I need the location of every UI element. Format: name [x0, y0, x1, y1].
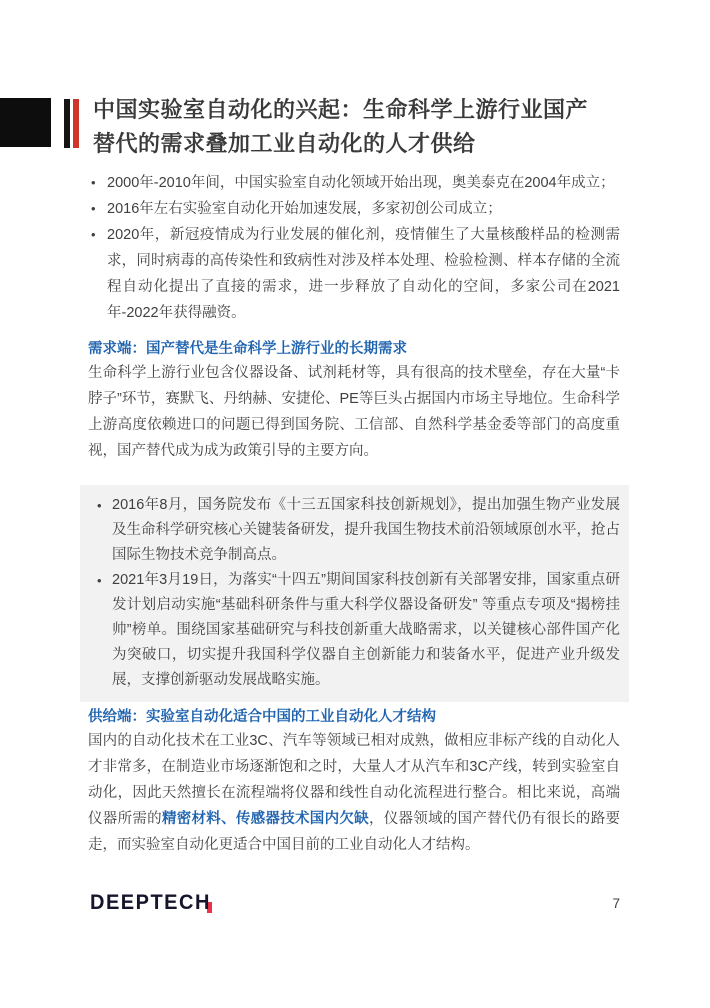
list-item: • 2021年3月19日，为落实“十四五”期间国家科技创新有关部署安排，国家重点…: [95, 568, 620, 693]
supply-highlight-text: 精密材料、传感器技术国内欠缺: [162, 811, 369, 827]
list-item-text: 2016年8月，国务院发布《十三五国家科技创新规划》，提出加强生物产业发展及生命…: [112, 497, 620, 563]
bullet-icon: •: [91, 170, 96, 196]
list-item: • 2020年，新冠疫情成为行业发展的催化剂，疫情催生了大量核酸样品的检测需求，…: [88, 222, 620, 326]
deeptech-logo-text: DEEPTECH: [90, 891, 211, 915]
intro-bullet-list: • 2000年-2010年间，中国实验室自动化领域开始出现，奥美泰克在2004年…: [88, 170, 620, 326]
paragraph-demand: 生命科学上游行业包含仪器设备、试剂耗材等，具有很高的技术壁垒，存在大量“卡脖子”…: [88, 360, 620, 464]
list-item: • 2000年-2010年间，中国实验室自动化领域开始出现，奥美泰克在2004年…: [88, 170, 620, 196]
page-number: 7: [612, 896, 620, 911]
list-item-text: 2020年，新冠疫情成为行业发展的催化剂，疫情催生了大量核酸样品的检测需求，同时…: [107, 227, 620, 321]
list-item-text: 2016年左右实验室自动化开始加速发展，多家初创公司成立；: [107, 201, 502, 217]
section-heading-demand: 需求端：国产替代是生命科学上游行业的长期需求: [88, 338, 620, 360]
page-title-line-1: 中国实验室自动化的兴起：生命科学上游行业国产: [93, 93, 633, 127]
paragraph-supply: 国内的自动化技术在工业3C、汽车等领域已相对成熟，做相应非标产线的自动化人才非常…: [88, 728, 620, 858]
bullet-icon: •: [91, 196, 96, 222]
list-item-text: 2000年-2010年间，中国实验室自动化领域开始出现，奥美泰克在2004年成立…: [107, 175, 615, 191]
list-item: • 2016年8月，国务院发布《十三五国家科技创新规划》，提出加强生物产业发展及…: [95, 493, 620, 568]
report-page: 中国实验室自动化的兴起：生命科学上游行业国产 替代的需求叠加工业自动化的人才供给…: [0, 0, 710, 1008]
policy-highlight-box: • 2016年8月，国务院发布《十三五国家科技创新规划》，提出加强生物产业发展及…: [80, 485, 629, 702]
policy-bullet-list: • 2016年8月，国务院发布《十三五国家科技创新规划》，提出加强生物产业发展及…: [95, 493, 620, 693]
list-item-text: 2021年3月19日，为落实“十四五”期间国家科技创新有关部署安排，国家重点研发…: [112, 572, 620, 688]
bullet-icon: •: [91, 222, 96, 248]
bullet-icon: •: [97, 493, 102, 518]
list-item: • 2016年左右实验室自动化开始加速发展，多家初创公司成立；: [88, 196, 620, 222]
deeptech-logo: DEEPTECH: [90, 892, 212, 915]
page-title-line-2: 替代的需求叠加工业自动化的人才供给: [93, 127, 633, 161]
header-black-square: [0, 98, 51, 147]
bullet-icon: •: [97, 568, 102, 593]
section-heading-supply: 供给端：实验室自动化适合中国的工业自动化人才结构: [88, 706, 620, 728]
title-bar-black: [64, 99, 70, 148]
page-title: 中国实验室自动化的兴起：生命科学上游行业国产 替代的需求叠加工业自动化的人才供给: [93, 93, 633, 161]
title-bar-red: [73, 99, 79, 148]
